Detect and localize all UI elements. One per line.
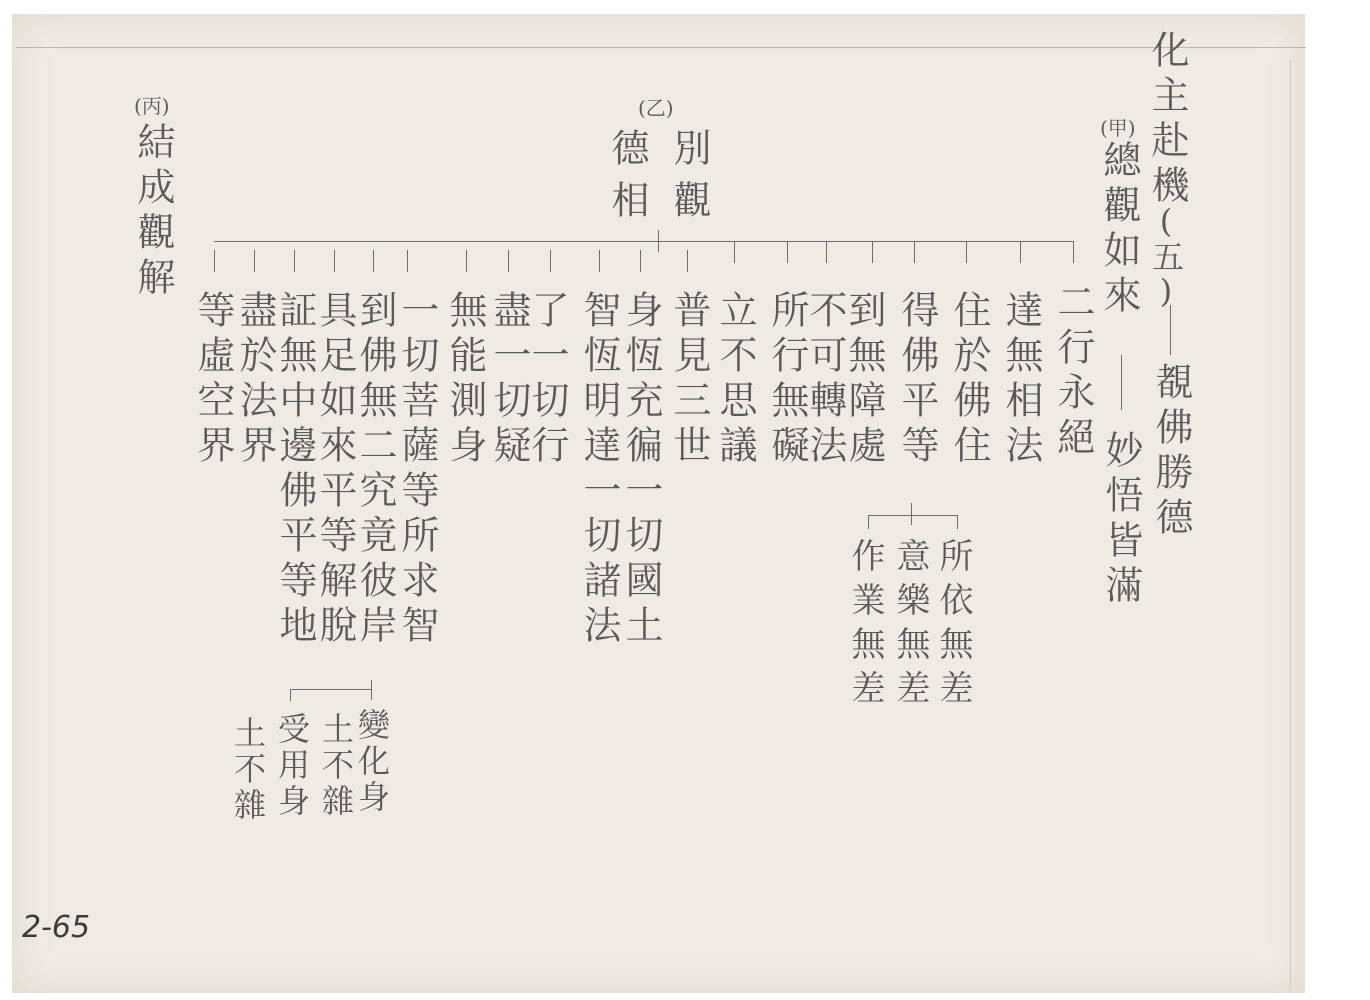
- branch-item: 立不思議: [716, 290, 754, 470]
- section-b-title-col1: 別觀: [670, 128, 708, 232]
- branch-item: 盡一切疑: [490, 290, 528, 470]
- root-marker: (五): [1150, 202, 1182, 310]
- section-c-marker: (丙): [134, 90, 170, 119]
- branch-item: 普見三世: [670, 290, 708, 470]
- branch-item: 等虛空界: [194, 290, 232, 470]
- branch-item: 具足如來平等解脫: [316, 290, 354, 650]
- sub-bracket-tick: [371, 680, 372, 700]
- sub-branch-item: 受用身: [276, 712, 308, 820]
- branch-item: 智恆明達一切諸法: [580, 290, 618, 650]
- branch-tick: [334, 250, 335, 272]
- branch-tick: [687, 250, 688, 272]
- branch-tick: [550, 250, 551, 272]
- root-dash: [1170, 305, 1171, 355]
- branch-item: 身恆充徧一切國土: [622, 290, 660, 650]
- branch-item: 所行無礙: [768, 290, 806, 470]
- section-c-title: 結成觀解: [134, 122, 172, 302]
- branch-item: 不可轉法: [806, 290, 844, 470]
- paper-fold-line: [1290, 60, 1291, 990]
- sub-branch-item: 所依無差: [936, 538, 970, 714]
- branch-item: 二行永絕: [1054, 282, 1092, 462]
- branch-item: 了一切行: [528, 290, 566, 470]
- sub-bracket-tick: [868, 515, 869, 529]
- branch-item: 達無相法: [1002, 290, 1040, 470]
- branch-item: 到佛無二究竟彼岸: [356, 290, 394, 650]
- section-b-marker: (乙): [638, 92, 674, 121]
- branch-item: 到無障處: [845, 290, 883, 470]
- branch-tick: [1073, 241, 1074, 263]
- main-bracket-line: [214, 241, 1074, 242]
- branch-item: 得佛平等: [898, 290, 936, 470]
- section-b-title-col2: 德相: [608, 128, 646, 232]
- branch-tick: [914, 241, 915, 263]
- branch-tick: [787, 241, 788, 263]
- branch-tick: [294, 250, 295, 272]
- branch-item: 住於佛住: [950, 290, 988, 470]
- section-a-dash: [1121, 355, 1122, 410]
- branch-item: 盡於法界: [236, 290, 274, 470]
- branch-tick: [1020, 241, 1021, 263]
- branch-tick: [826, 241, 827, 263]
- branch-tick: [214, 250, 215, 272]
- sub-branch-item: 土不雜: [320, 712, 352, 820]
- sub-branch-item: 意樂無差: [893, 538, 927, 714]
- root-subtitle: 覩佛勝德: [1152, 362, 1190, 542]
- branch-tick: [254, 250, 255, 272]
- sub-branch-item: 土不雜: [232, 716, 264, 824]
- branch-item: 一切菩薩等所求智: [398, 290, 436, 650]
- branch-item: 無能測身: [446, 290, 484, 470]
- sub-bracket-line: [290, 689, 372, 690]
- page-number: 2-65: [22, 910, 90, 945]
- section-a-title: 總觀如來: [1100, 140, 1138, 320]
- branch-tick: [599, 250, 600, 272]
- sub-branch-item: 作業無差: [848, 538, 882, 714]
- section-a-subtitle: 妙悟皆滿: [1102, 430, 1140, 610]
- branch-item: 証無中邊佛平等地: [276, 290, 314, 650]
- sub-bracket-tick: [957, 515, 958, 529]
- sub-bracket-stem: [911, 503, 912, 525]
- branch-tick: [407, 250, 408, 272]
- branch-tick: [734, 241, 735, 263]
- root-title: 化主赴機: [1148, 30, 1186, 210]
- sub-bracket-tick: [290, 689, 291, 701]
- branch-tick: [966, 241, 967, 263]
- main-bracket-stem: [658, 230, 659, 252]
- top-rule-line: [16, 47, 1306, 48]
- sub-bracket-line: [868, 515, 958, 516]
- branch-tick: [466, 250, 467, 272]
- branch-tick: [508, 250, 509, 272]
- branch-tick: [640, 250, 641, 272]
- sub-branch-item: 變化身: [356, 708, 388, 816]
- branch-tick: [872, 241, 873, 263]
- branch-tick: [373, 250, 374, 272]
- section-a-marker: (甲): [1100, 112, 1136, 141]
